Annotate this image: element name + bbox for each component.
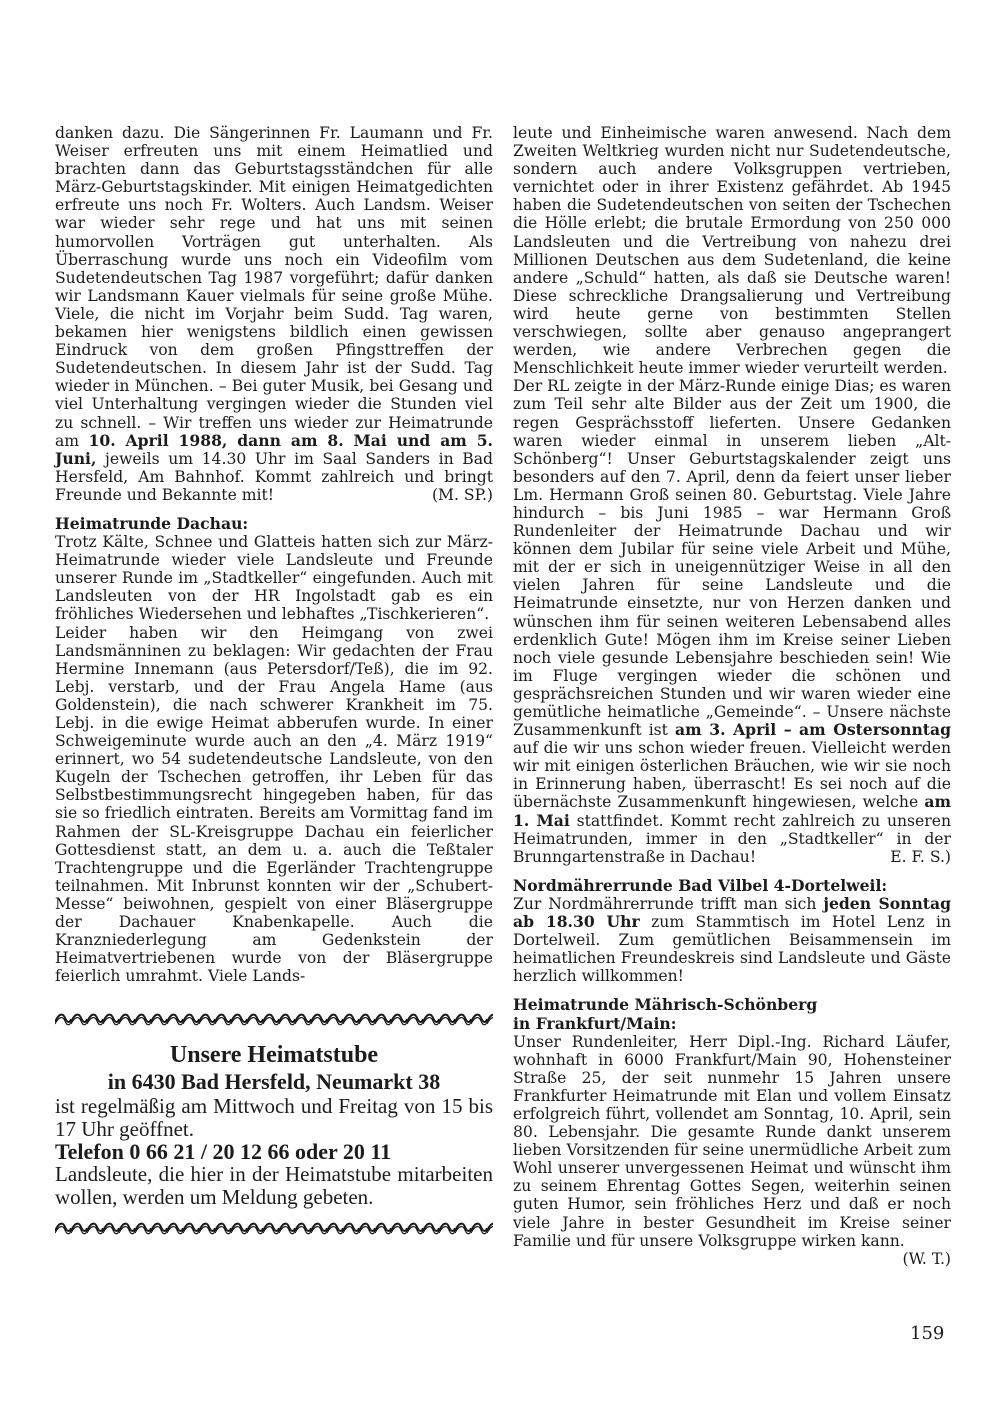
notice-phone: Telefon 0 66 21 / 20 12 66 oder 20 11 [55,1140,493,1163]
paragraph-text: jeweils um 14.30 Uhr im Saal Sanders in … [55,450,493,504]
continued-article-paragraph: danken dazu. Die Sängerinnen Fr. Laumann… [55,124,493,504]
section-heading-dachau: Heimatrunde Dachau: [55,515,493,533]
bad-vilbel-paragraph: Zur Nordmährerrunde trifft man sich jede… [513,895,951,985]
heading-line-2: in Frankfurt/Main: [513,1014,677,1033]
paragraph-text: Der RL zeigte in der März-Runde einige D… [513,377,951,739]
heading-line-1: Heimatrunde Mährisch-Schönberg [513,995,817,1014]
notice-opening-hours: ist regelmäßig am Mittwoch und Freitag v… [55,1095,493,1140]
dachau-continued-paragraph-1: leute und Einheimische waren anwesend. N… [513,124,951,377]
heimatstube-notice-box: Unsere Heimatstube in 6430 Bad Hersfeld,… [55,1011,493,1236]
paragraph-text: Zur Nordmährerrunde trifft man sich [513,895,823,913]
notice-appeal: Landsleute, die hier in der Heimatstube … [55,1163,493,1208]
dachau-paragraph-2: Leider haben wir den Heimgang von zwei L… [55,624,493,986]
next-meeting-bold: am 3. April – am Ostersonntag [675,720,951,739]
frankfurt-paragraph: Unser Rundenleiter, Herr Dipl.-Ing. Rich… [513,1033,951,1250]
notice-title: Unsere Heimatstube [55,1041,493,1069]
paragraph-text: auf die wir uns schon wieder freuen. Vie… [513,739,951,811]
section-heading-frankfurt: Heimatrunde Mährisch-Schönberg in Frankf… [513,996,951,1032]
decorative-wave-border-top [55,1011,493,1027]
author-signature: E. F. S.) [890,848,951,866]
paragraph-text: Unser Rundenleiter, Herr Dipl.-Ing. Rich… [513,1033,951,1250]
paragraph-text: stattfindet. Kommt recht zahlreich zu un… [513,812,951,866]
author-signature: (M. SP.) [432,486,493,504]
page-number: 159 [910,1323,944,1344]
dachau-paragraph-1: Trotz Kälte, Schnee und Glatteis hatten … [55,533,493,623]
right-column: leute und Einheimische waren anwesend. N… [513,124,951,1268]
paragraph-text: danken dazu. Die Sängerinnen Fr. Laumann… [55,124,493,450]
section-heading-bad-vilbel: Nordmährerrunde Bad Vilbel 4-Dortelweil: [513,877,951,895]
decorative-wave-border-bottom [55,1220,493,1236]
author-signature: (W. T.) [903,1250,951,1268]
newsletter-page: danken dazu. Die Sängerinnen Fr. Laumann… [0,0,1000,1413]
dachau-continued-paragraph-2: Der RL zeigte in der März-Runde einige D… [513,377,951,866]
notice-address: in 6430 Bad Hersfeld, Neumarkt 38 [55,1069,493,1095]
left-column: danken dazu. Die Sängerinnen Fr. Laumann… [55,124,493,1236]
